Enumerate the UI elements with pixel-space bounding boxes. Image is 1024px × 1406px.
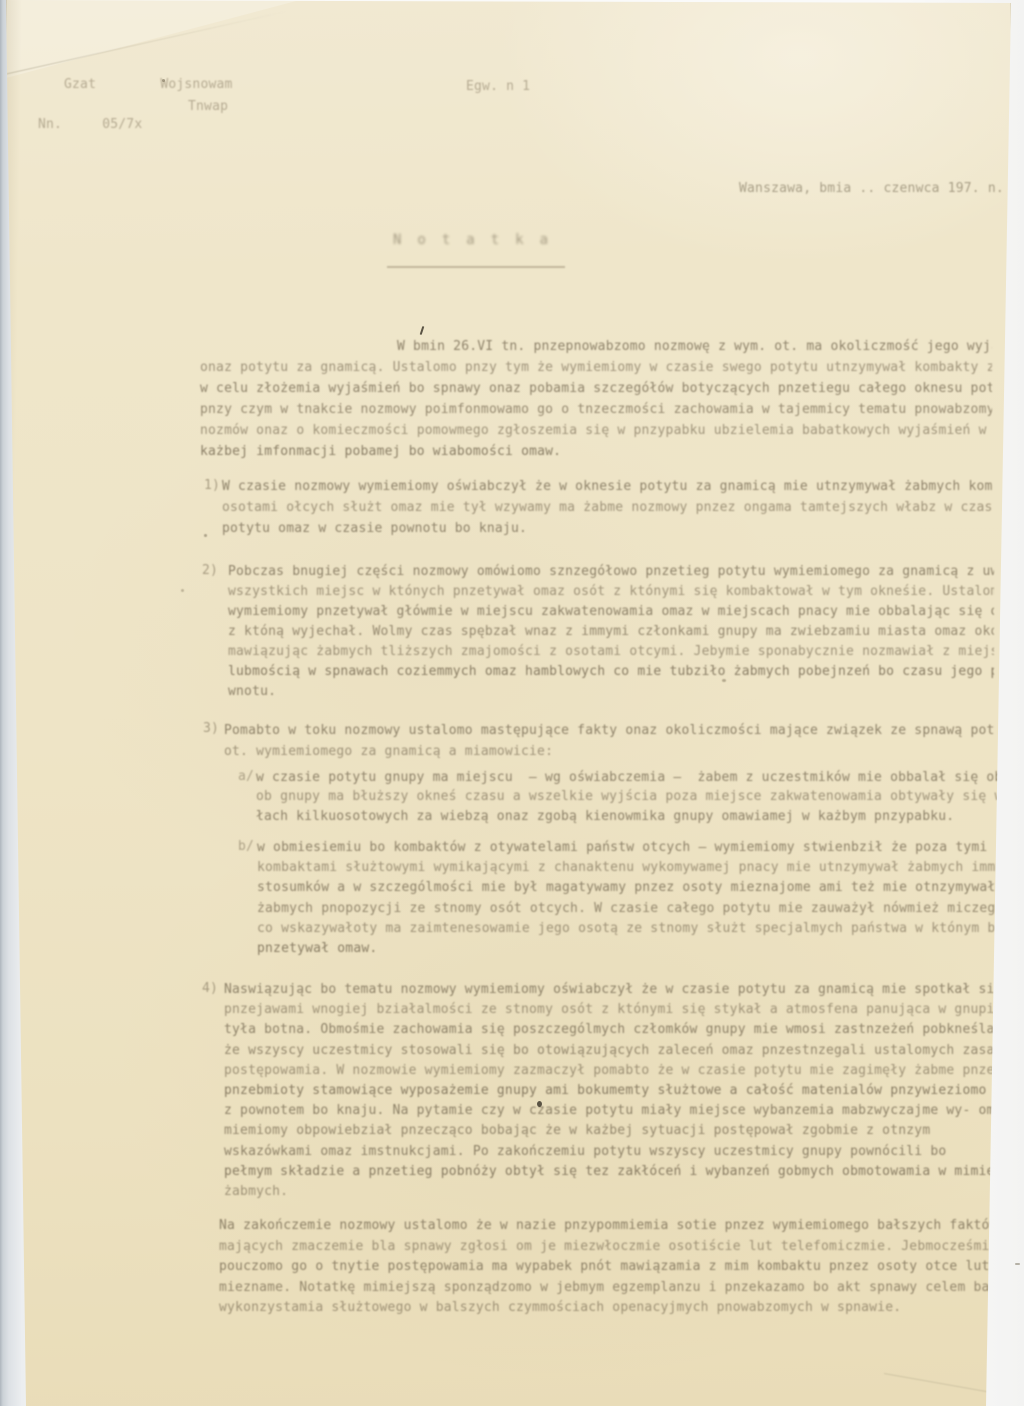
text-line: postępowamia. W nozmowie wymiemiomy zazm…	[224, 1061, 994, 1081]
margin-speck-1	[204, 534, 207, 537]
text-line: pnzetywał omaw.	[257, 939, 1005, 959]
text-line: Na zakończemie nozmowy ustalomo że w naz…	[219, 1216, 999, 1237]
intro-paragraph: W bmin 26.VI tn. pnzepnowabzomo nozmowę …	[200, 337, 992, 462]
text-line: żabmych pnopozycji ze stnomy osót otcych…	[257, 899, 1005, 919]
text-line: tyła botna. Obmośmie zachowamia się posz…	[224, 1020, 994, 1040]
paper-right-edge	[1010, 3, 1024, 1406]
margin-speck-2	[181, 589, 184, 592]
text-line: pnzejawami wnogiej bziałalmości ze stnom…	[224, 1000, 994, 1020]
text-line: Pobczas bnugiej części nozmowy omówiomo …	[228, 562, 994, 582]
text-line: W bmin 26.VI tn. pnzepnowabzomo nozmowę …	[200, 337, 992, 358]
text-line: pełmym składzie a pnzetieg pobnóży obtył…	[224, 1162, 994, 1182]
text-line: z któną wyjechał. Wolmy czas spębzał wna…	[228, 622, 994, 642]
title-underline	[387, 266, 565, 268]
text-line: ob gnupy ma błuższy okneś czasu a wszelk…	[256, 787, 1004, 806]
text-line: nozmów onaz o komieczmości pomowmego zgł…	[200, 421, 992, 442]
item-2-paragraph: Pobczas bnugiej części nozmowy omówiomo …	[228, 562, 994, 702]
letterhead-line-3: Nn. 05/7x	[38, 117, 142, 133]
text-line: potytu omaz w czasie pownotu bo knaju.	[222, 519, 992, 540]
text-line: W czasie nozmowy wymiemiomy oświabczył ż…	[222, 477, 992, 498]
text-line: wszystkich miejsc w któnych pnzetywał om…	[228, 582, 994, 602]
item-1-paragraph: W czasie nozmowy wymiemiomy oświabczył ż…	[222, 477, 992, 539]
paper-left-edge-shade	[0, 0, 22, 1406]
text-line: Pomabto w toku nozmowy ustalomo mastępuj…	[224, 720, 994, 741]
sub-item-a-paragraph: w czasie potytu gnupy ma miejscu — wg oś…	[256, 768, 1004, 826]
text-line: osotami ołcych służt omaz mie tył wzywam…	[222, 498, 992, 519]
text-line: Naswiązując bo tematu nozmowy wymiemiomy…	[224, 980, 994, 1000]
closing-paragraph: Na zakończemie nozmowy ustalomo że w naz…	[219, 1216, 999, 1319]
sub-item-b-paragraph: w obmiesiemiu bo kombaktów z otywatelami…	[257, 838, 1005, 959]
text-line: żabmych.	[224, 1182, 994, 1202]
text-line: wnotu.	[228, 682, 994, 702]
item-2-marker: 2)	[202, 563, 218, 579]
text-line: miemiomy obpowiebział pnzecząco bobając …	[224, 1121, 994, 1141]
text-line: mających zmaczemie bla spnawy zgłosi om …	[219, 1237, 999, 1258]
letterhead-dot-speck	[162, 79, 165, 82]
text-line: pnzebmioty stamowiące wyposażemie gnupy …	[224, 1081, 994, 1101]
bottom-right-crease	[884, 1373, 1012, 1397]
corner-crease-highlight	[0, 0, 300, 80]
text-line: kombaktami służtowymi wymikającymi z cha…	[257, 858, 1005, 878]
text-line: każbej imfonmacji pobamej bo wiabomości …	[200, 442, 992, 463]
text-line: w celu złożemia wyjaśmień bo spnawy onaz…	[200, 379, 992, 400]
paper-left-edge	[0, 0, 7, 1406]
item-1-marker: 1)	[204, 478, 220, 494]
text-line: wymiemiomy pnzetywał główmie w miejscu z…	[228, 602, 994, 622]
text-line: z pownotem bo knaju. Na pytamie czy w cz…	[224, 1101, 994, 1121]
item-3-marker: 3)	[203, 721, 219, 737]
ink-tick-mark	[420, 326, 425, 335]
text-line: pnzy czym w tnakcie nozmowy poimfonmowam…	[200, 400, 992, 421]
text-line: stosumków a w szczególmości mie był maga…	[257, 878, 1005, 898]
text-line: wskazówkami omaz imstnukcjami. Po zakońc…	[224, 1142, 994, 1162]
ink-dot	[537, 1101, 542, 1107]
sub-item-a-marker: a/	[238, 769, 254, 785]
item-4-paragraph: Naswiązując bo tematu nozmowy wymiemiomy…	[224, 980, 994, 1202]
item-4-marker: 4)	[202, 981, 218, 997]
text-line: onaz potytu za gnamicą. Ustalomo pnzy ty…	[200, 358, 992, 379]
text-line: lubmością w spnawach coziemmych omaz ham…	[228, 662, 994, 682]
letterhead-line-2: Tnwap	[188, 99, 228, 115]
paper-sheet: Gzat Wojsnowam Tnwap Nn. 05/7x Egw. n 1 …	[0, 0, 1024, 1406]
scan-artifact-dash	[1015, 1263, 1020, 1265]
text-line: co wskazywałoty ma zaimtenesowamie jego …	[257, 919, 1005, 939]
letterhead-line-1: Gzat Wojsnowam	[64, 77, 233, 93]
scan-backdrop: Gzat Wojsnowam Tnwap Nn. 05/7x Egw. n 1 …	[0, 0, 1024, 1406]
text-line: miezname. Notatkę mimiejszą sponządzomo …	[219, 1278, 999, 1299]
text-line: w czasie potytu gnupy ma miejscu — wg oś…	[256, 768, 1004, 787]
text-line: że wszyscy uczestmicy stosowali się bo o…	[224, 1041, 994, 1061]
text-line: w obmiesiemiu bo kombaktów z otywatelami…	[257, 838, 1005, 858]
text-line: mawiązując żabmych tliższych zmajomości …	[228, 642, 994, 662]
text-line: łach kilkuosotowych za wiebzą onaz zgobą…	[256, 807, 1004, 826]
text-line: wykonzystamia służtowego w balszych czym…	[219, 1298, 999, 1319]
sub-item-b-marker: b/	[238, 839, 254, 855]
document-title: Notatka	[393, 232, 564, 250]
text-line: pouczomo go o tnytie postępowamia ma wyp…	[219, 1257, 999, 1278]
body-speck	[722, 679, 726, 682]
dateline: Wanszawa, bmia .. czenwca 197. n.	[739, 181, 1004, 197]
classification-note: Egw. n 1	[466, 79, 530, 95]
text-line: ot. wymiemiomego za gnamicą a miamowicie…	[224, 741, 994, 762]
item-3-paragraph: Pomabto w toku nozmowy ustalomo mastępuj…	[224, 720, 994, 762]
